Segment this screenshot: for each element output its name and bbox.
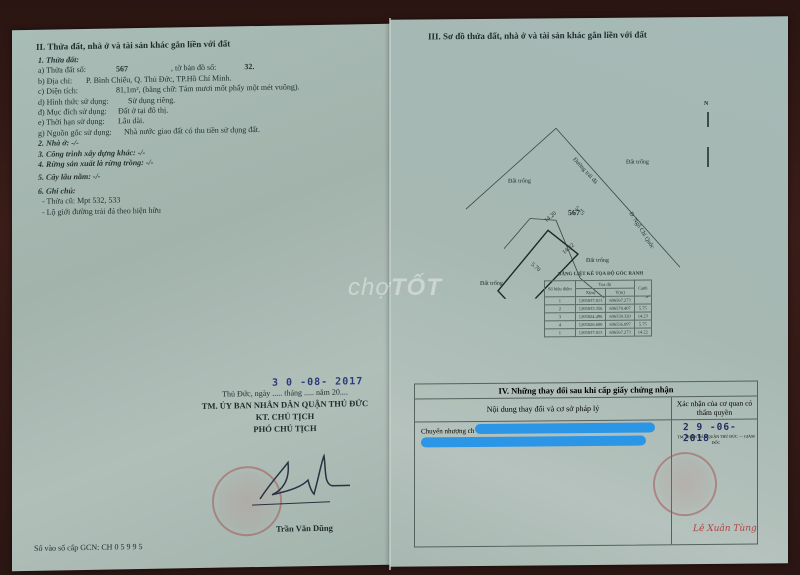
changes-content-header: Nội dung thay đổi và cơ sở pháp lý	[415, 397, 672, 421]
confirm-authority: TM. NHÂN DÂN QUẬN THỦ ĐỨC — GIÁM ĐỐC	[677, 434, 755, 447]
redaction-mark	[421, 436, 646, 448]
section-perennial: 5. Cây lâu năm: -/-	[38, 169, 300, 184]
confirm-seal-icon	[653, 452, 717, 517]
certificate-right-page: III. Sơ đồ thửa đất, nhà ở và tài sản kh…	[390, 16, 788, 566]
confirm-signer: Lê Xuân Tùng	[693, 524, 757, 535]
redaction-mark	[475, 422, 655, 434]
coord-table-title: BẢNG LIỆT KÊ TỌA ĐỘ GÓC RANH	[558, 272, 643, 278]
parcel-info: 1. Thửa đất: a) Thửa đất số: 567 , tờ bả…	[38, 51, 300, 218]
changes-confirm-header: Xác nhận của cơ quan có thẩm quyền	[672, 397, 757, 420]
section-iii-title: III. Sơ đồ thửa đất, nhà ở và tài sản kh…	[428, 29, 647, 41]
signature-icon	[252, 449, 352, 511]
coord-row: 11205837.813606567.27314.22	[545, 328, 652, 337]
issuer-signature-block: Thủ Đức, ngày ..... tháng ..... năm 20..…	[180, 387, 390, 436]
north-arrow-icon: N	[704, 101, 708, 107]
changes-section: IV. Những thay đổi sau khi cấp giấy chứn…	[414, 381, 758, 548]
signer-name: Trần Văn Dũng	[276, 523, 333, 534]
section-ii-title: II. Thửa đất, nhà ở và tài sản khác gắn …	[36, 38, 230, 51]
certificate-serial: Số vào sổ cấp GCN: CH 0 5 9 9 5	[34, 542, 142, 553]
coordinate-table: Số hiệu điểm Tọa độ Cạnh X(m) Y(m) 11205…	[544, 279, 652, 337]
parcel-diagram	[430, 67, 730, 300]
role-vice-chairman: PHÓ CHỦ TỊCH	[180, 422, 390, 436]
chotot-watermark: chợTỐT	[348, 274, 442, 302]
certificate-left-page: II. Thửa đất, nhà ở và tài sản khác gắn …	[12, 24, 390, 572]
change-entry: Chuyển nhượng ch	[421, 427, 474, 435]
